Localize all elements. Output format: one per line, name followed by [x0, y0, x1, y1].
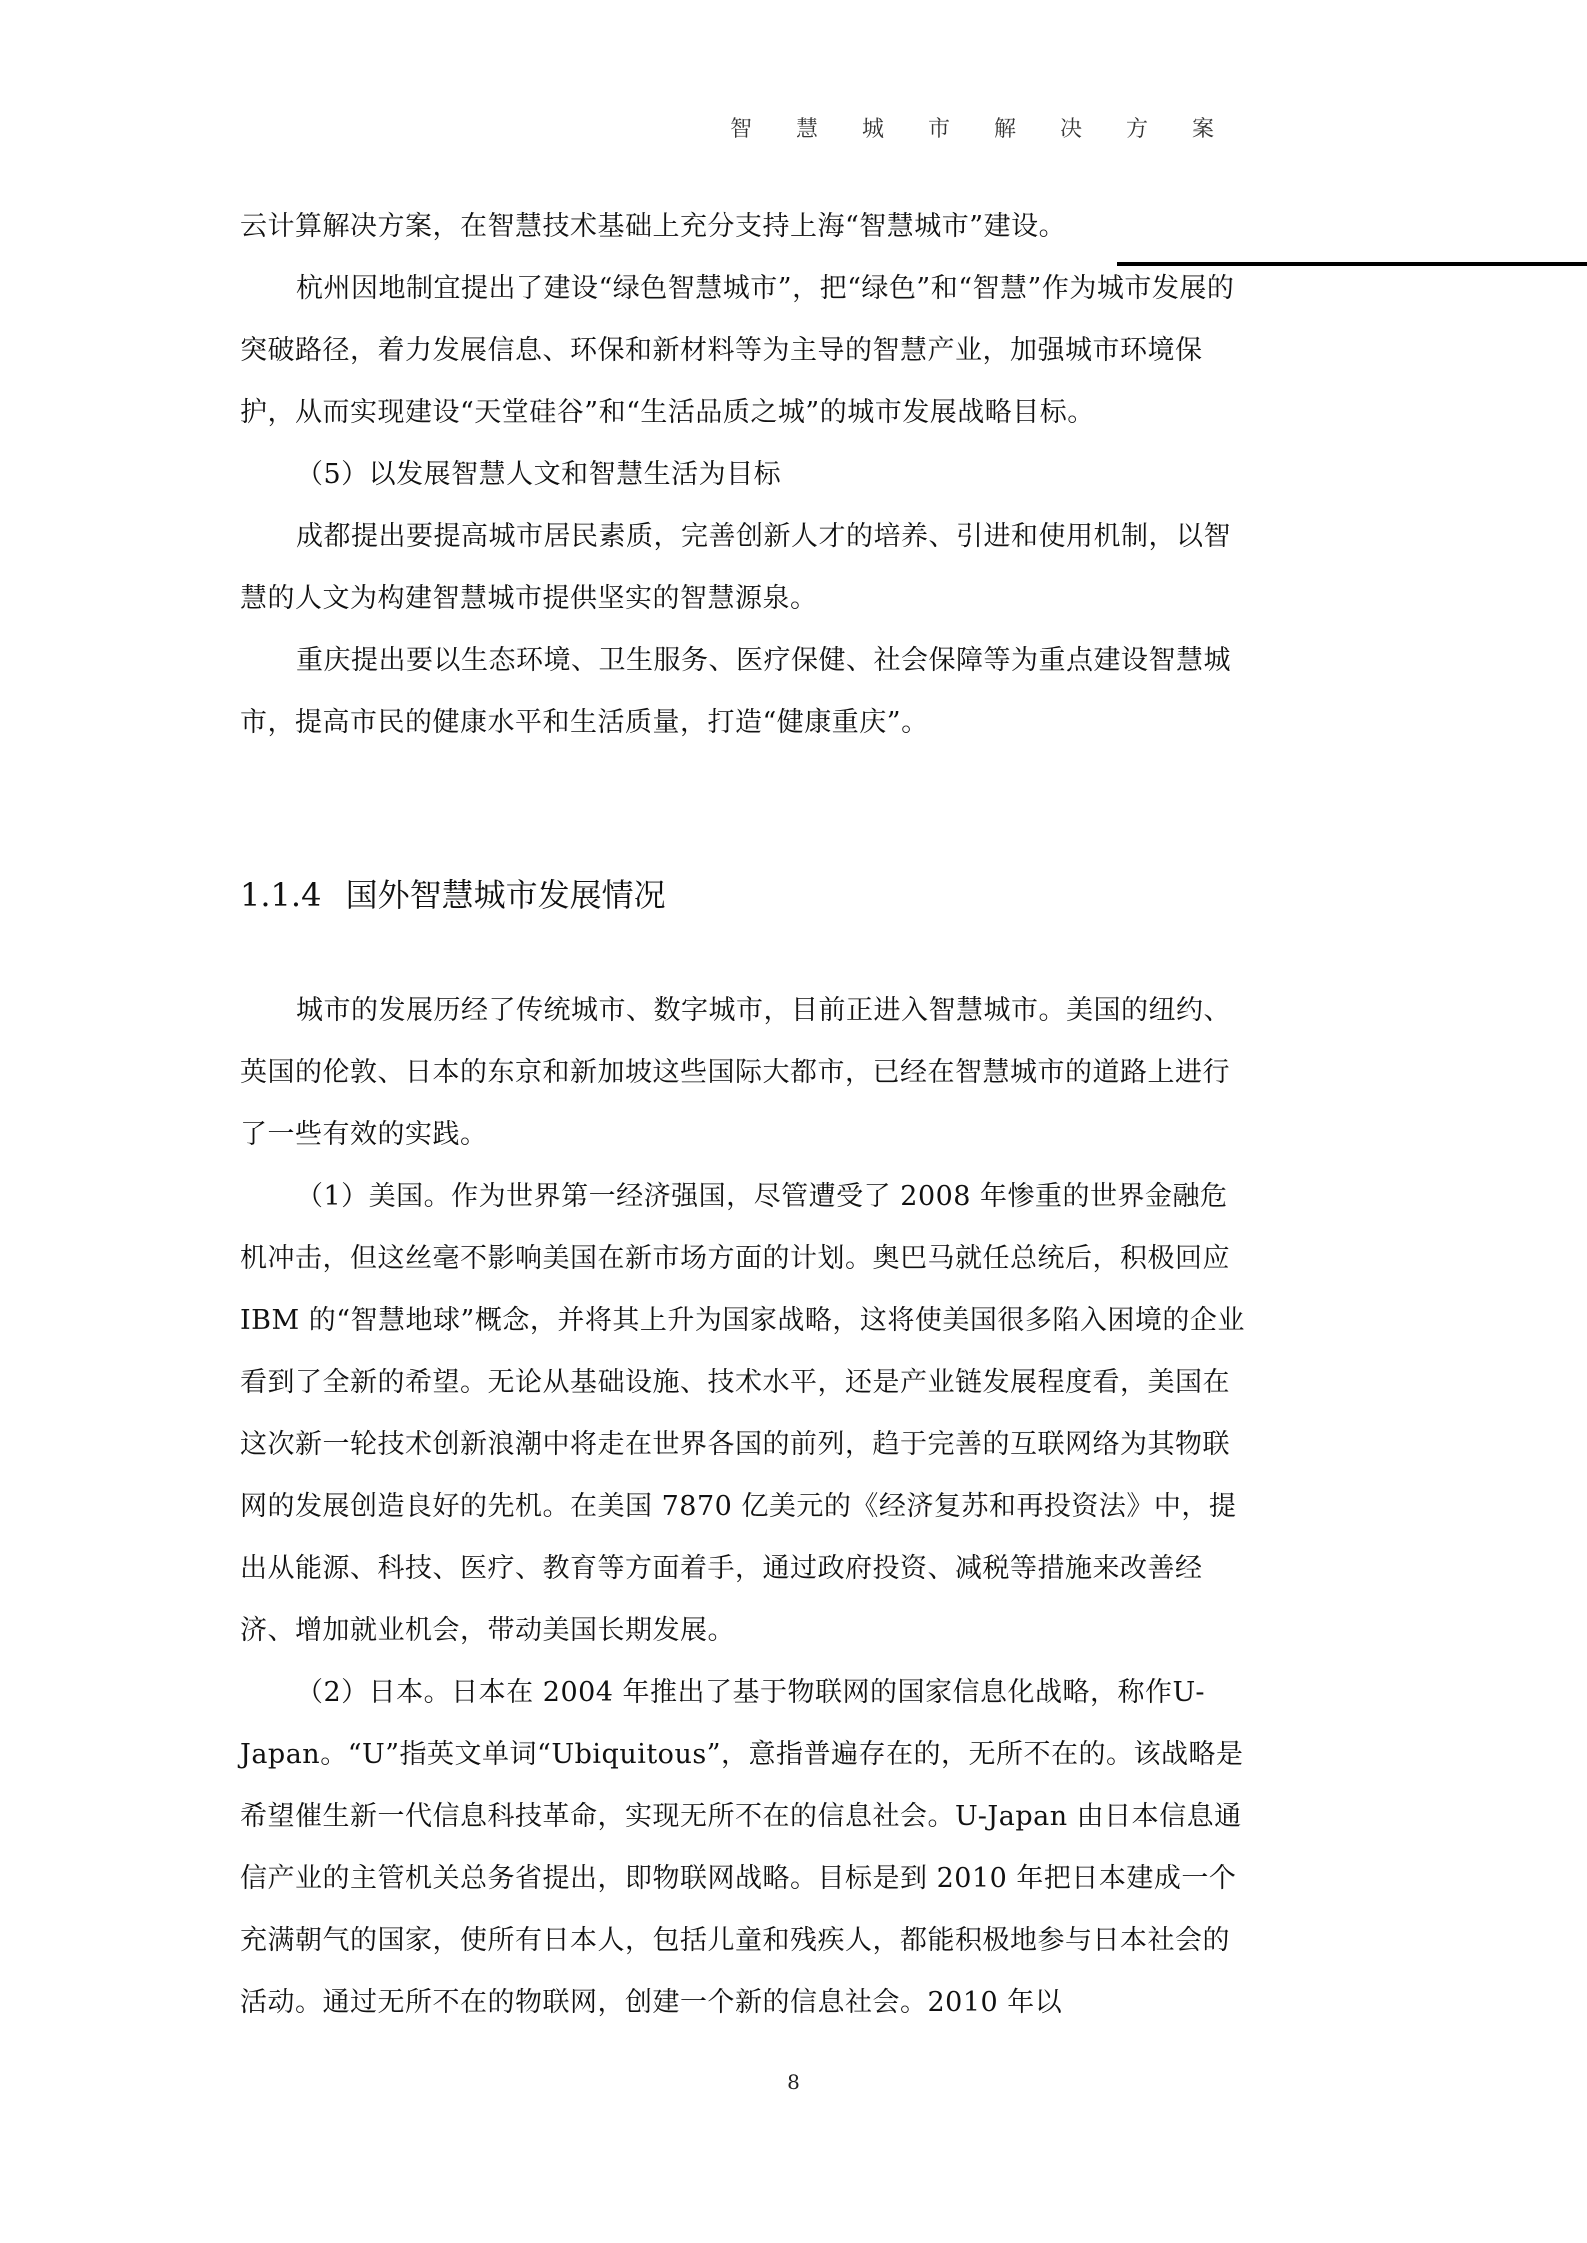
header-char: 决 — [1060, 112, 1126, 143]
page-number: 8 — [0, 2070, 1587, 2094]
paragraph: 杭州因地制宜提出了建设“绿色智慧城市”，把“绿色”和“智慧”作为城市发展的突破路… — [240, 258, 1250, 444]
section-number: 1.1.4 — [240, 876, 321, 914]
paragraph: （2）日本。日本在 2004 年推出了基于物联网的国家信息化战略，称作U-Jap… — [240, 1662, 1250, 2034]
section-title: 国外智慧城市发展情况 — [346, 876, 666, 914]
paragraph: 重庆提出要以生态环境、卫生服务、医疗保健、社会保障等为重点建设智慧城市，提高市民… — [240, 630, 1250, 754]
paragraph: 云计算解决方案，在智慧技术基础上充分支持上海“智慧城市”建设。 — [240, 196, 1250, 258]
paragraph: 成都提出要提高城市居民素质，完善创新人才的培养、引进和使用机制，以智慧的人文为构… — [240, 506, 1250, 630]
header-char: 城 — [862, 112, 928, 143]
header-char: 慧 — [796, 112, 862, 143]
header-char: 案 — [1192, 112, 1258, 143]
paragraph: （1）美国。作为世界第一经济强国，尽管遭受了 2008 年惨重的世界金融危机冲击… — [240, 1166, 1250, 1662]
header-char: 智 — [730, 112, 796, 143]
paragraph: （5）以发展智慧人文和智慧生活为目标 — [240, 444, 1250, 506]
section-heading: 1.1.4 国外智慧城市发展情况 — [240, 870, 666, 916]
header-char: 解 — [994, 112, 1060, 143]
paragraph: 城市的发展历经了传统城市、数字城市，目前正进入智慧城市。美国的纽约、英国的伦敦、… — [240, 980, 1250, 1166]
header-char: 市 — [928, 112, 994, 143]
running-header: 智 慧 城 市 解 决 方 案 — [730, 112, 1258, 143]
section-top: 云计算解决方案，在智慧技术基础上充分支持上海“智慧城市”建设。 杭州因地制宜提出… — [240, 196, 1250, 754]
header-char: 方 — [1126, 112, 1192, 143]
section-bottom: 城市的发展历经了传统城市、数字城市，目前正进入智慧城市。美国的纽约、英国的伦敦、… — [240, 980, 1250, 2034]
